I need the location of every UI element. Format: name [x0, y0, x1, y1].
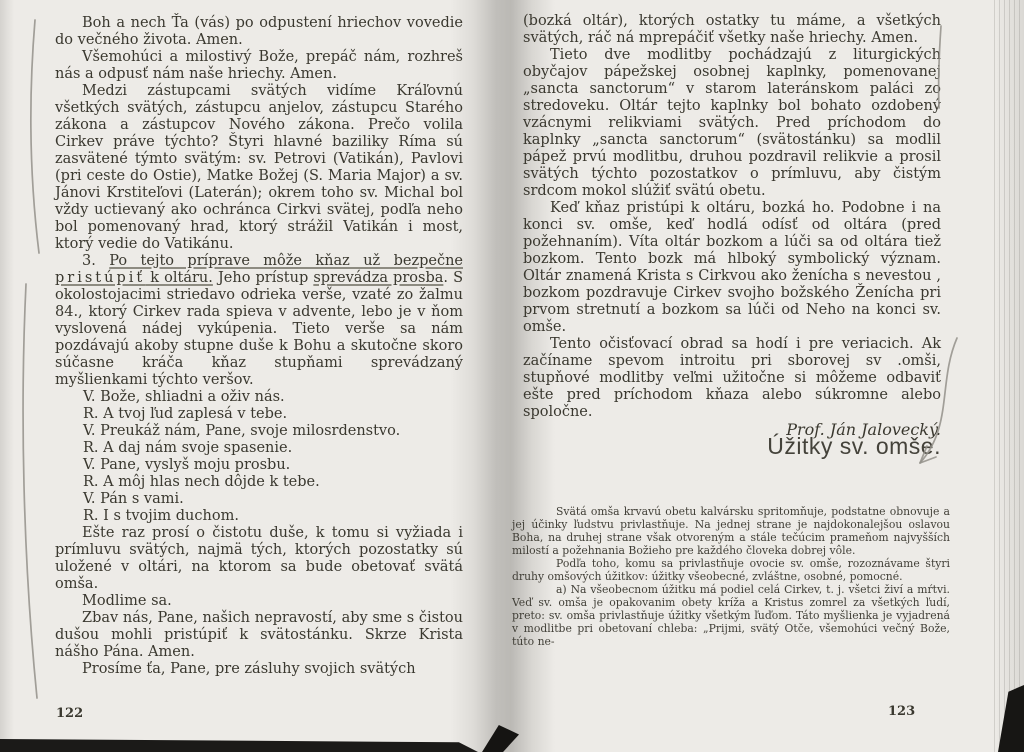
desk-edge — [0, 739, 478, 752]
page-stack-edge — [994, 0, 1024, 752]
left-page-text: Boh a nech Ťa (vás) po odpustení hriecho… — [55, 15, 463, 678]
paragraph: Ešte raz prosí o čistotu duše, k tomu si… — [55, 525, 463, 593]
pencil-underlined-text: k oltáru. — [145, 270, 213, 286]
pencil-margin-line-left-1 — [31, 20, 39, 253]
paragraph-lead: 3. — [82, 253, 109, 269]
versicle-line: R. A tvoj ľud zaplesá v tebe. — [83, 406, 463, 423]
paragraph: (bozká oltár), ktorých ostatky tu máme, … — [523, 13, 941, 47]
paragraph: Medzi zástupcami svätých vidíme Kráľovnú… — [55, 83, 463, 253]
paragraph: Tento očisťovací obrad sa hodí i pre ver… — [523, 336, 941, 421]
paragraph: a) Na všeobecnom úžitku má podiel celá C… — [512, 583, 950, 648]
paragraph-text: Jeho prístup — [213, 270, 313, 286]
right-page-text: (bozká oltár), ktorých ostatky tu máme, … — [523, 13, 941, 455]
page-left-edge — [0, 0, 14, 752]
pencil-margin-line-left-2 — [23, 284, 37, 698]
paragraph-with-pencil-underline: 3. Po tejto príprave môže kňaz už bezpeč… — [55, 253, 463, 389]
versicle-list: V. Bože, shliadni a oživ nás. R. A tvoj … — [83, 389, 463, 525]
paragraph: Modlime sa. — [55, 593, 463, 610]
pencil-underlined-text: Po tejto príprave môže kňaz už bezpečne — [109, 253, 463, 269]
pencil-underlined-spaced-text: pristúpiť — [55, 270, 145, 286]
paragraph: Keď kňaz pristúpi k oltáru, bozká ho. Po… — [523, 200, 941, 336]
page-number-right: 123 — [888, 704, 915, 719]
page-number-left: 122 — [56, 706, 83, 721]
pencil-underlined-text: sprevádza prosba — [313, 270, 443, 286]
paragraph-text: . S okolostojacimi striedavo odrieka ver… — [55, 270, 463, 388]
versicle-line: R. A môj hlas nech dôjde k tebe. — [83, 474, 463, 491]
paragraph: Zbav nás, Pane, našich nepravostí, aby s… — [55, 610, 463, 661]
versicle-line: V. Preukáž nám, Pane, svoje milosrdenstv… — [83, 423, 463, 440]
versicle-line: V. Pán s vami. — [83, 491, 463, 508]
paragraph: Boh a nech Ťa (vás) po odpustení hriecho… — [55, 15, 463, 49]
right-page-small-text: Svätá omša krvavú obetu kalvársku sprito… — [512, 505, 950, 648]
book-scan: Boh a nech Ťa (vás) po odpustení hriecho… — [0, 0, 1024, 752]
section-heading: Úžitky sv. omše. — [523, 438, 941, 455]
versicle-line: V. Pane, vyslyš moju prosbu. — [83, 457, 463, 474]
paragraph: Všemohúci a milostivý Bože, prepáč nám, … — [55, 49, 463, 83]
versicle-line: R. I s tvojim duchom. — [83, 508, 463, 525]
paragraph: Podľa toho, komu sa privlastňuje ovocie … — [512, 557, 950, 583]
versicle-line: R. A daj nám svoje spasenie. — [83, 440, 463, 457]
paragraph: Prosíme ťa, Pane, pre zásluhy svojich sv… — [55, 661, 463, 678]
paragraph: Tieto dve modlitby pochádzajú z liturgic… — [523, 47, 941, 200]
paragraph: Svätá omša krvavú obetu kalvársku sprito… — [512, 505, 950, 557]
versicle-line: V. Bože, shliadni a oživ nás. — [83, 389, 463, 406]
